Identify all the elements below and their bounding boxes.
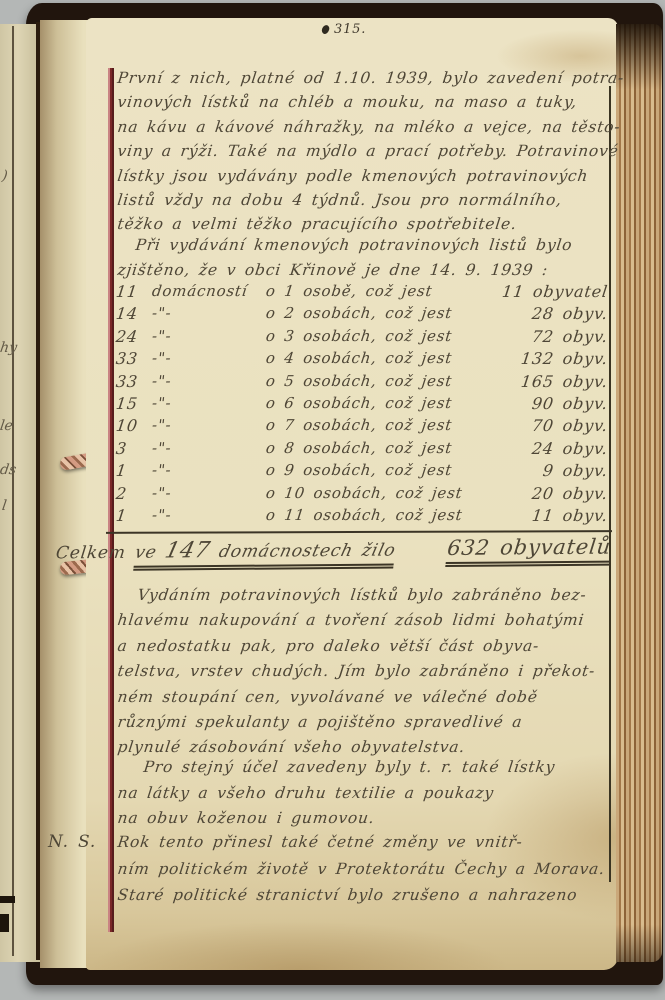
table-row: 24-"- o 3 osobách, což jest 72 obyv.	[116, 327, 608, 349]
ditto-mark: -"-	[151, 439, 173, 458]
paragraph-ration-cards: První z nich, platné od 1.10. 1939, bylo…	[116, 66, 623, 237]
households-count: 1	[115, 506, 153, 525]
paragraph-political-changes: Rok tento přinesl také četné změny ve vn…	[116, 829, 603, 909]
left-margin-rule	[108, 68, 114, 932]
total-households-group: ve 147 domácnostech žilo	[133, 536, 397, 570]
text-line: různými spekulanty a pojištěno spravedli…	[116, 710, 597, 735]
persons-cell: o 9 osobách, což jest	[265, 461, 495, 479]
households-count: 15	[115, 394, 153, 413]
text-line: hlavému nakupování a tvoření zásob lidmi…	[116, 608, 597, 633]
persons-cell: o 6 osobách, což jest	[265, 394, 495, 412]
text-line: na kávu a kávové náhražky, na mléko a ve…	[116, 115, 626, 139]
ink-blot-icon	[320, 24, 331, 35]
inhabitants-cell: 20 obyv.	[493, 484, 609, 503]
ditto-mark: -"-	[151, 372, 173, 391]
table-row: 1-"- o 9 osobách, což jest 9 obyv.	[116, 461, 608, 483]
paragraph-textile-vouchers: Pro stejný účel zavedeny byly t. r. také…	[116, 755, 554, 832]
text-line: listů vždy na dobu 4 týdnů. Jsou pro nor…	[116, 188, 626, 212]
persons-cell: o 8 osobách, což jest	[265, 439, 495, 457]
prev-page-text-fragment: ds	[0, 462, 17, 478]
ditto-mark: -"-	[151, 349, 173, 368]
ditto-mark: -"-	[151, 327, 173, 346]
text-line: zjištěno, že v obci Křinově je dne 14. 9…	[116, 258, 574, 283]
households-count: 2	[115, 484, 153, 503]
households-count: 3	[115, 439, 153, 458]
ink-mark	[0, 914, 9, 932]
inhabitants-cell: 24 obyv.	[493, 439, 609, 458]
households-count: 14	[115, 304, 153, 323]
ink-mark	[0, 896, 15, 903]
households-count: 1	[115, 461, 153, 480]
text-line: Pro stejný účel zavedeny byly t. r. také…	[116, 755, 557, 781]
persons-cell: o 10 osobách, což jest	[265, 484, 495, 502]
households-count: 33	[115, 372, 153, 391]
ditto-mark: -"-	[151, 461, 173, 480]
inhabitants-cell: 72 obyv.	[493, 327, 609, 346]
ditto-mark: -"-	[151, 304, 173, 323]
inhabitants-cell: 11 obyv.	[493, 506, 609, 525]
text-line: viny a rýži. Také na mýdlo a prací potře…	[116, 139, 626, 163]
text-line: lístky jsou vydávány podle kmenových pot…	[116, 164, 626, 188]
household-table: 11domácností o 1 osobě, což jest 11 obyv…	[116, 282, 608, 528]
text-line: Staré politické stranictví bylo zrušeno …	[116, 882, 607, 909]
ditto-mark: -"-	[151, 484, 173, 503]
total-label: Celkem	[55, 543, 127, 564]
page-number: 315.	[322, 22, 366, 37]
persons-cell: o 5 osobách, což jest	[265, 372, 495, 390]
table-row: 3-"- o 8 osobách, což jest 24 obyv.	[116, 439, 608, 461]
table-row: 1-"- o 11 osobách, což jest 11 obyv.	[116, 506, 608, 528]
table-row: 2-"- o 10 osobách, což jest 20 obyv.	[116, 484, 608, 506]
persons-cell: o 1 osobě, což jest	[265, 282, 495, 300]
text-line: na obuv koženou i gumovou.	[116, 806, 557, 832]
households-count: 10	[115, 416, 153, 435]
persons-cell: o 7 osobách, což jest	[265, 416, 495, 434]
ditto-mark: -"-	[151, 506, 173, 525]
persons-cell: o 2 osobách, což jest	[265, 304, 495, 322]
persons-cell: o 11 osobách, což jest	[265, 506, 495, 524]
page-crease	[12, 26, 14, 956]
inhabitants-cell: 9 obyv.	[493, 461, 609, 480]
table-row: 15-"- o 6 osobách, což jest 90 obyv.	[116, 394, 608, 416]
text-line: telstva, vrstev chudých. Jím bylo zabrán…	[116, 659, 597, 684]
inhabitants-cell: 28 obyv.	[493, 304, 609, 323]
chronicle-photo: ) hy le ds l 315. První z nich, platné o…	[0, 0, 665, 1000]
binding-gutter	[40, 20, 88, 968]
table-total-row: Celkem ve 147 domácnostech žilo 632 obyv…	[56, 535, 610, 572]
text-line: Vydáním potravinových lístků bylo zabrán…	[116, 583, 597, 608]
text-line: na látky a všeho druhu textilie a poukaz…	[116, 781, 557, 807]
total-label: domácnostech žilo	[217, 540, 398, 562]
table-row: 11domácností o 1 osobě, což jest 11 obyv…	[116, 282, 608, 304]
text-line: Při vydávání kmenových potravinových lis…	[116, 233, 574, 258]
page-number-text: 315.	[334, 22, 366, 37]
table-row: 33-"- o 4 osobách, což jest 132 obyv.	[116, 349, 608, 371]
ditto-mark: -"-	[151, 394, 173, 413]
households-count: 33	[115, 349, 153, 368]
total-households-value: 147	[163, 538, 213, 563]
total-label: ve	[133, 543, 159, 563]
table-row: 10-"- o 7 osobách, což jest 70 obyv.	[116, 416, 608, 438]
inhabitants-cell: 132 obyv.	[493, 349, 609, 368]
text-line: První z nich, platné od 1.10. 1939, bylo…	[116, 66, 626, 90]
ditto-mark: -"-	[151, 416, 173, 435]
total-inhabitants-value: 632 obyvatelů	[445, 535, 612, 567]
prev-page-text-fragment: le	[0, 418, 14, 434]
inhabitants-cell: 70 obyv.	[493, 416, 609, 435]
text-line: ném stoupání cen, vyvolávané ve válečné …	[116, 685, 597, 710]
text-line: ním politickém životě v Protektorátu Čec…	[116, 856, 607, 883]
inhabitants-cell: 90 obyv.	[493, 394, 609, 413]
paragraph-census-intro: Při vydávání kmenových potravinových lis…	[116, 233, 571, 283]
table-row: 14-"- o 2 osobách, což jest 28 obyv.	[116, 304, 608, 326]
text-line: a nedostatku pak, pro daleko větší část …	[116, 634, 597, 659]
paragraph-rationing-effects: Vydáním potravinových lístků bylo zabrán…	[116, 583, 594, 761]
text-line: Rok tento přinesl také četné změny ve vn…	[116, 829, 607, 856]
text-line: vinových lístků na chléb a mouku, na mas…	[116, 90, 626, 114]
households-count: 24	[115, 327, 153, 346]
persons-cell: o 4 osobách, což jest	[265, 349, 495, 367]
households-unit: domácností	[151, 282, 249, 301]
table-row: 33-"- o 5 osobách, což jest 165 obyv.	[116, 372, 608, 394]
persons-cell: o 3 osobách, což jest	[265, 327, 495, 345]
previous-page-edge	[0, 24, 40, 962]
inhabitants-cell: 165 obyv.	[493, 372, 609, 391]
prev-page-text-fragment: hy	[0, 340, 18, 356]
households-count: 11	[115, 282, 153, 301]
marginal-note: N. S.	[48, 832, 96, 852]
inhabitants-cell: 11 obyvatel	[493, 282, 609, 301]
